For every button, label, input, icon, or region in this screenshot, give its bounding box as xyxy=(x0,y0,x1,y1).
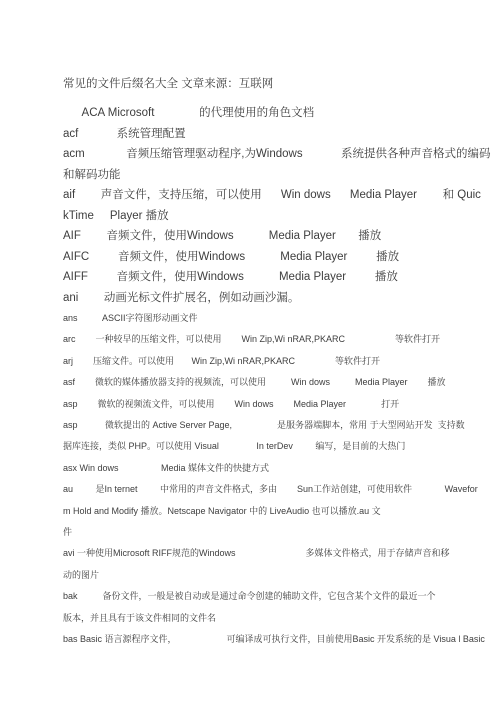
document-page: 常见的文件后缀名大全 文章来源：互联网 ACA Microsoft 的代理使用的… xyxy=(0,0,500,708)
text-line: AIFC 音频文件，使用Windows Media Player 播放 xyxy=(63,247,475,268)
text-line: AIFF 音频文件，使用Windows Media Player 播放 xyxy=(63,267,475,288)
text-line: AIF 音频文件，使用Windows Media Player 播放 xyxy=(63,226,475,247)
text-line: asf 微软的媒体播放器支持的视频流，可以使用 Win dows Media P… xyxy=(63,372,475,393)
text-line: 件 xyxy=(63,522,475,543)
text-line: bak 备份文件，一般是被自动或是通过命令创建的辅助文件，它包含某个文件的最近一… xyxy=(63,586,475,607)
text-line: acf 系统管理配置 xyxy=(63,124,475,145)
text-line: arj 压缩文件。可以使用 Win Zip,Wi nRAR,PKARC 等软件打… xyxy=(63,351,475,372)
text-line: 据库连接，类似 PHP。可以使用 Visual In terDev 编写，是目前… xyxy=(63,436,475,457)
text-line: 动的图片 xyxy=(63,565,475,586)
text-line: kTime Player 播放 xyxy=(63,206,475,227)
text-line: ani 动画光标文件扩展名，例如动画沙漏。 xyxy=(63,288,475,309)
text-line: arc 一种较早的压缩文件，可以使用 Win Zip,Wi nRAR,PKARC… xyxy=(63,329,475,350)
text-line: ans ASCII字符图形动画文件 xyxy=(63,308,475,329)
document-body: 常见的文件后缀名大全 文章来源：互联网 ACA Microsoft 的代理使用的… xyxy=(63,74,475,651)
text-line: ACA Microsoft 的代理使用的角色文档 xyxy=(63,103,475,124)
text-lines-container: ACA Microsoft 的代理使用的角色文档acf 系统管理配置acm 音频… xyxy=(63,103,475,651)
text-line: au 是In ternet 中常用的声音文件格式，多由 Sun工作站创建，可使用… xyxy=(63,479,475,500)
text-line: avi 一种使用Microsoft RIFF规范的Windows 多媒体文件格式… xyxy=(63,543,475,564)
text-line: asp 微软的视频流文件，可以使用 Win dows Media Player … xyxy=(63,394,475,415)
page-title: 常见的文件后缀名大全 文章来源：互联网 xyxy=(63,74,475,95)
text-line: acm 音频压缩管理驱动程序,为Windows 系统提供各种声音格式的编码 xyxy=(63,144,475,165)
text-line: asp 微软提出的 Active Server Page, 是服务器端脚本，常用… xyxy=(63,415,475,436)
text-line: m Hold and Modify 播放。Netscape Navigator … xyxy=(63,501,475,522)
text-line: bas Basic 语言源程序文件， 可编译成可执行文件，目前使用Basic 开… xyxy=(63,629,475,650)
text-line: asx Win dows Media 媒体文件的快捷方式 xyxy=(63,458,475,479)
text-line: 版本，并且具有于该文件相同的文件名 xyxy=(63,608,475,629)
text-line: 和解码功能 xyxy=(63,165,475,186)
text-line: aif 声音文件，支持压缩，可以使用 Win dows Media Player… xyxy=(63,185,475,206)
